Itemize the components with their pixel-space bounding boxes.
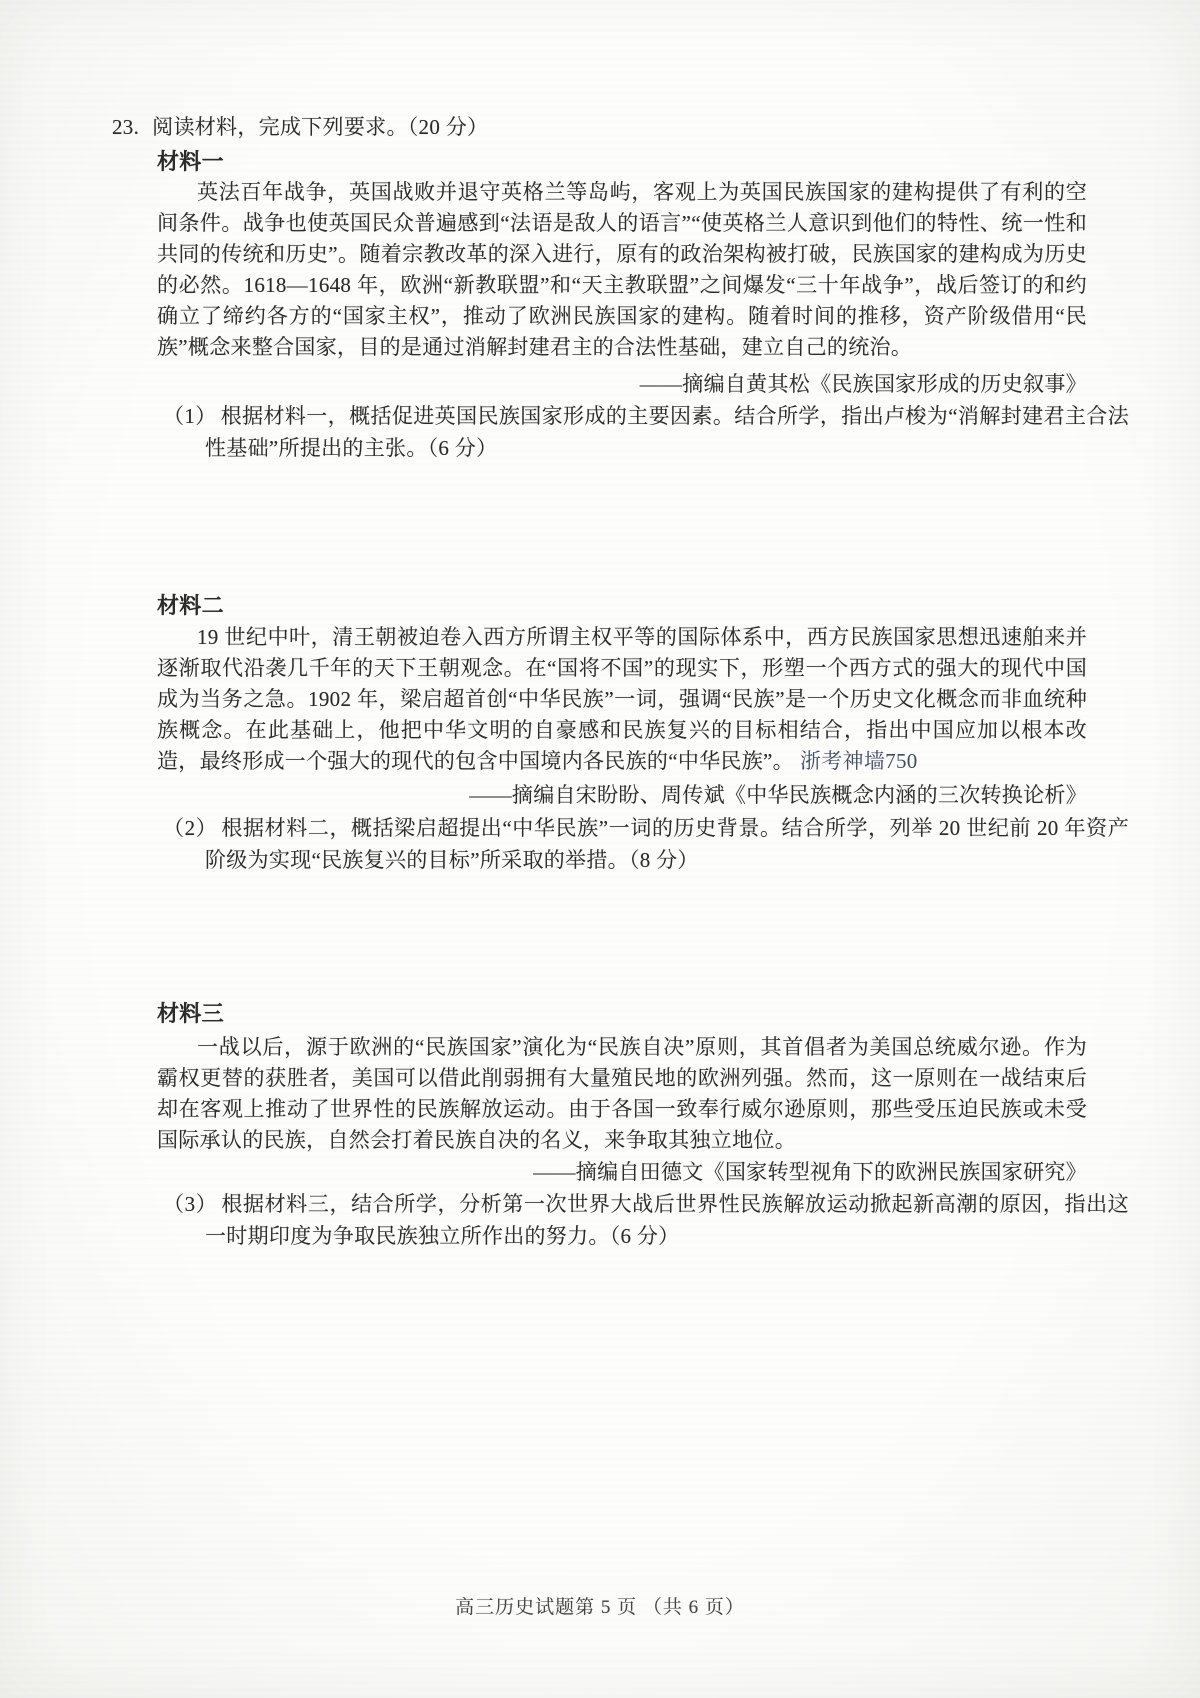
subquestion-3-number: （3） — [163, 1192, 217, 1216]
material-one-paragraph: 英法百年战争，英国战败并退守英格兰等岛屿，客观上为英国民族国家的建构提供了有利的… — [157, 177, 1087, 363]
question-number: 23. — [112, 115, 139, 139]
material-two-title: 材料二 — [157, 590, 224, 621]
subquestion-2-text: 根据材料二，概括梁启超提出“中华民族”一词的历史背景。结合所学，列举 20 世纪… — [205, 816, 1129, 872]
material-one-attribution: ——摘编自黄其松《民族国家形成的历史叙事》 — [157, 369, 1087, 400]
subquestion-2-number: （2） — [163, 816, 217, 840]
question-header: 23.阅读材料，完成下列要求。（20 分） — [112, 112, 488, 143]
material-three-title: 材料三 — [157, 998, 224, 1029]
material-two-paragraph: 19 世纪中叶，清王朝被迫卷入西方所谓主权平等的国际体系中，西方民族国家思想迅速… — [157, 622, 1087, 777]
subquestion-2: （2）根据材料二，概括梁启超提出“中华民族”一词的历史背景。结合所学，列举 20… — [163, 812, 1129, 876]
material-three-paragraph: 一战以后，源于欧洲的“民族国家”演化为“民族自决”原则，其首倡者为美国总统威尔逊… — [157, 1032, 1087, 1156]
exam-watermark: 浙考神墙750 — [800, 749, 918, 773]
page-footer: 高三历史试题第 5 页 （共 6 页） — [0, 1592, 1200, 1623]
document-page: 23.阅读材料，完成下列要求。（20 分） 材料一 英法百年战争，英国战败并退守… — [0, 0, 1200, 1698]
subquestion-1-number: （1） — [163, 404, 217, 428]
subquestion-3: （3）根据材料三，结合所学，分析第一次世界大战后世界性民族解放运动掀起新高潮的原… — [163, 1188, 1129, 1252]
material-three-attribution: ——摘编自田德文《国家转型视角下的欧洲民族国家研究》 — [157, 1157, 1087, 1188]
subquestion-1: （1）根据材料一，概括促进英国民族国家形成的主要因素。结合所学，指出卢梭为“消解… — [163, 400, 1129, 464]
material-one-title: 材料一 — [157, 146, 224, 177]
subquestion-3-text: 根据材料三，结合所学，分析第一次世界大战后世界性民族解放运动掀起新高潮的原因，指… — [205, 1192, 1129, 1248]
subquestion-1-text: 根据材料一，概括促进英国民族国家形成的主要因素。结合所学，指出卢梭为“消解封建君… — [205, 404, 1129, 460]
material-two-text: 19 世纪中叶，清王朝被迫卷入西方所谓主权平等的国际体系中，西方民族国家思想迅速… — [157, 625, 1087, 773]
material-two-attribution: ——摘编自宋盼盼、周传斌《中华民族概念内涵的三次转换论析》 — [157, 780, 1087, 811]
question-intro: 阅读材料，完成下列要求。（20 分） — [152, 115, 488, 139]
